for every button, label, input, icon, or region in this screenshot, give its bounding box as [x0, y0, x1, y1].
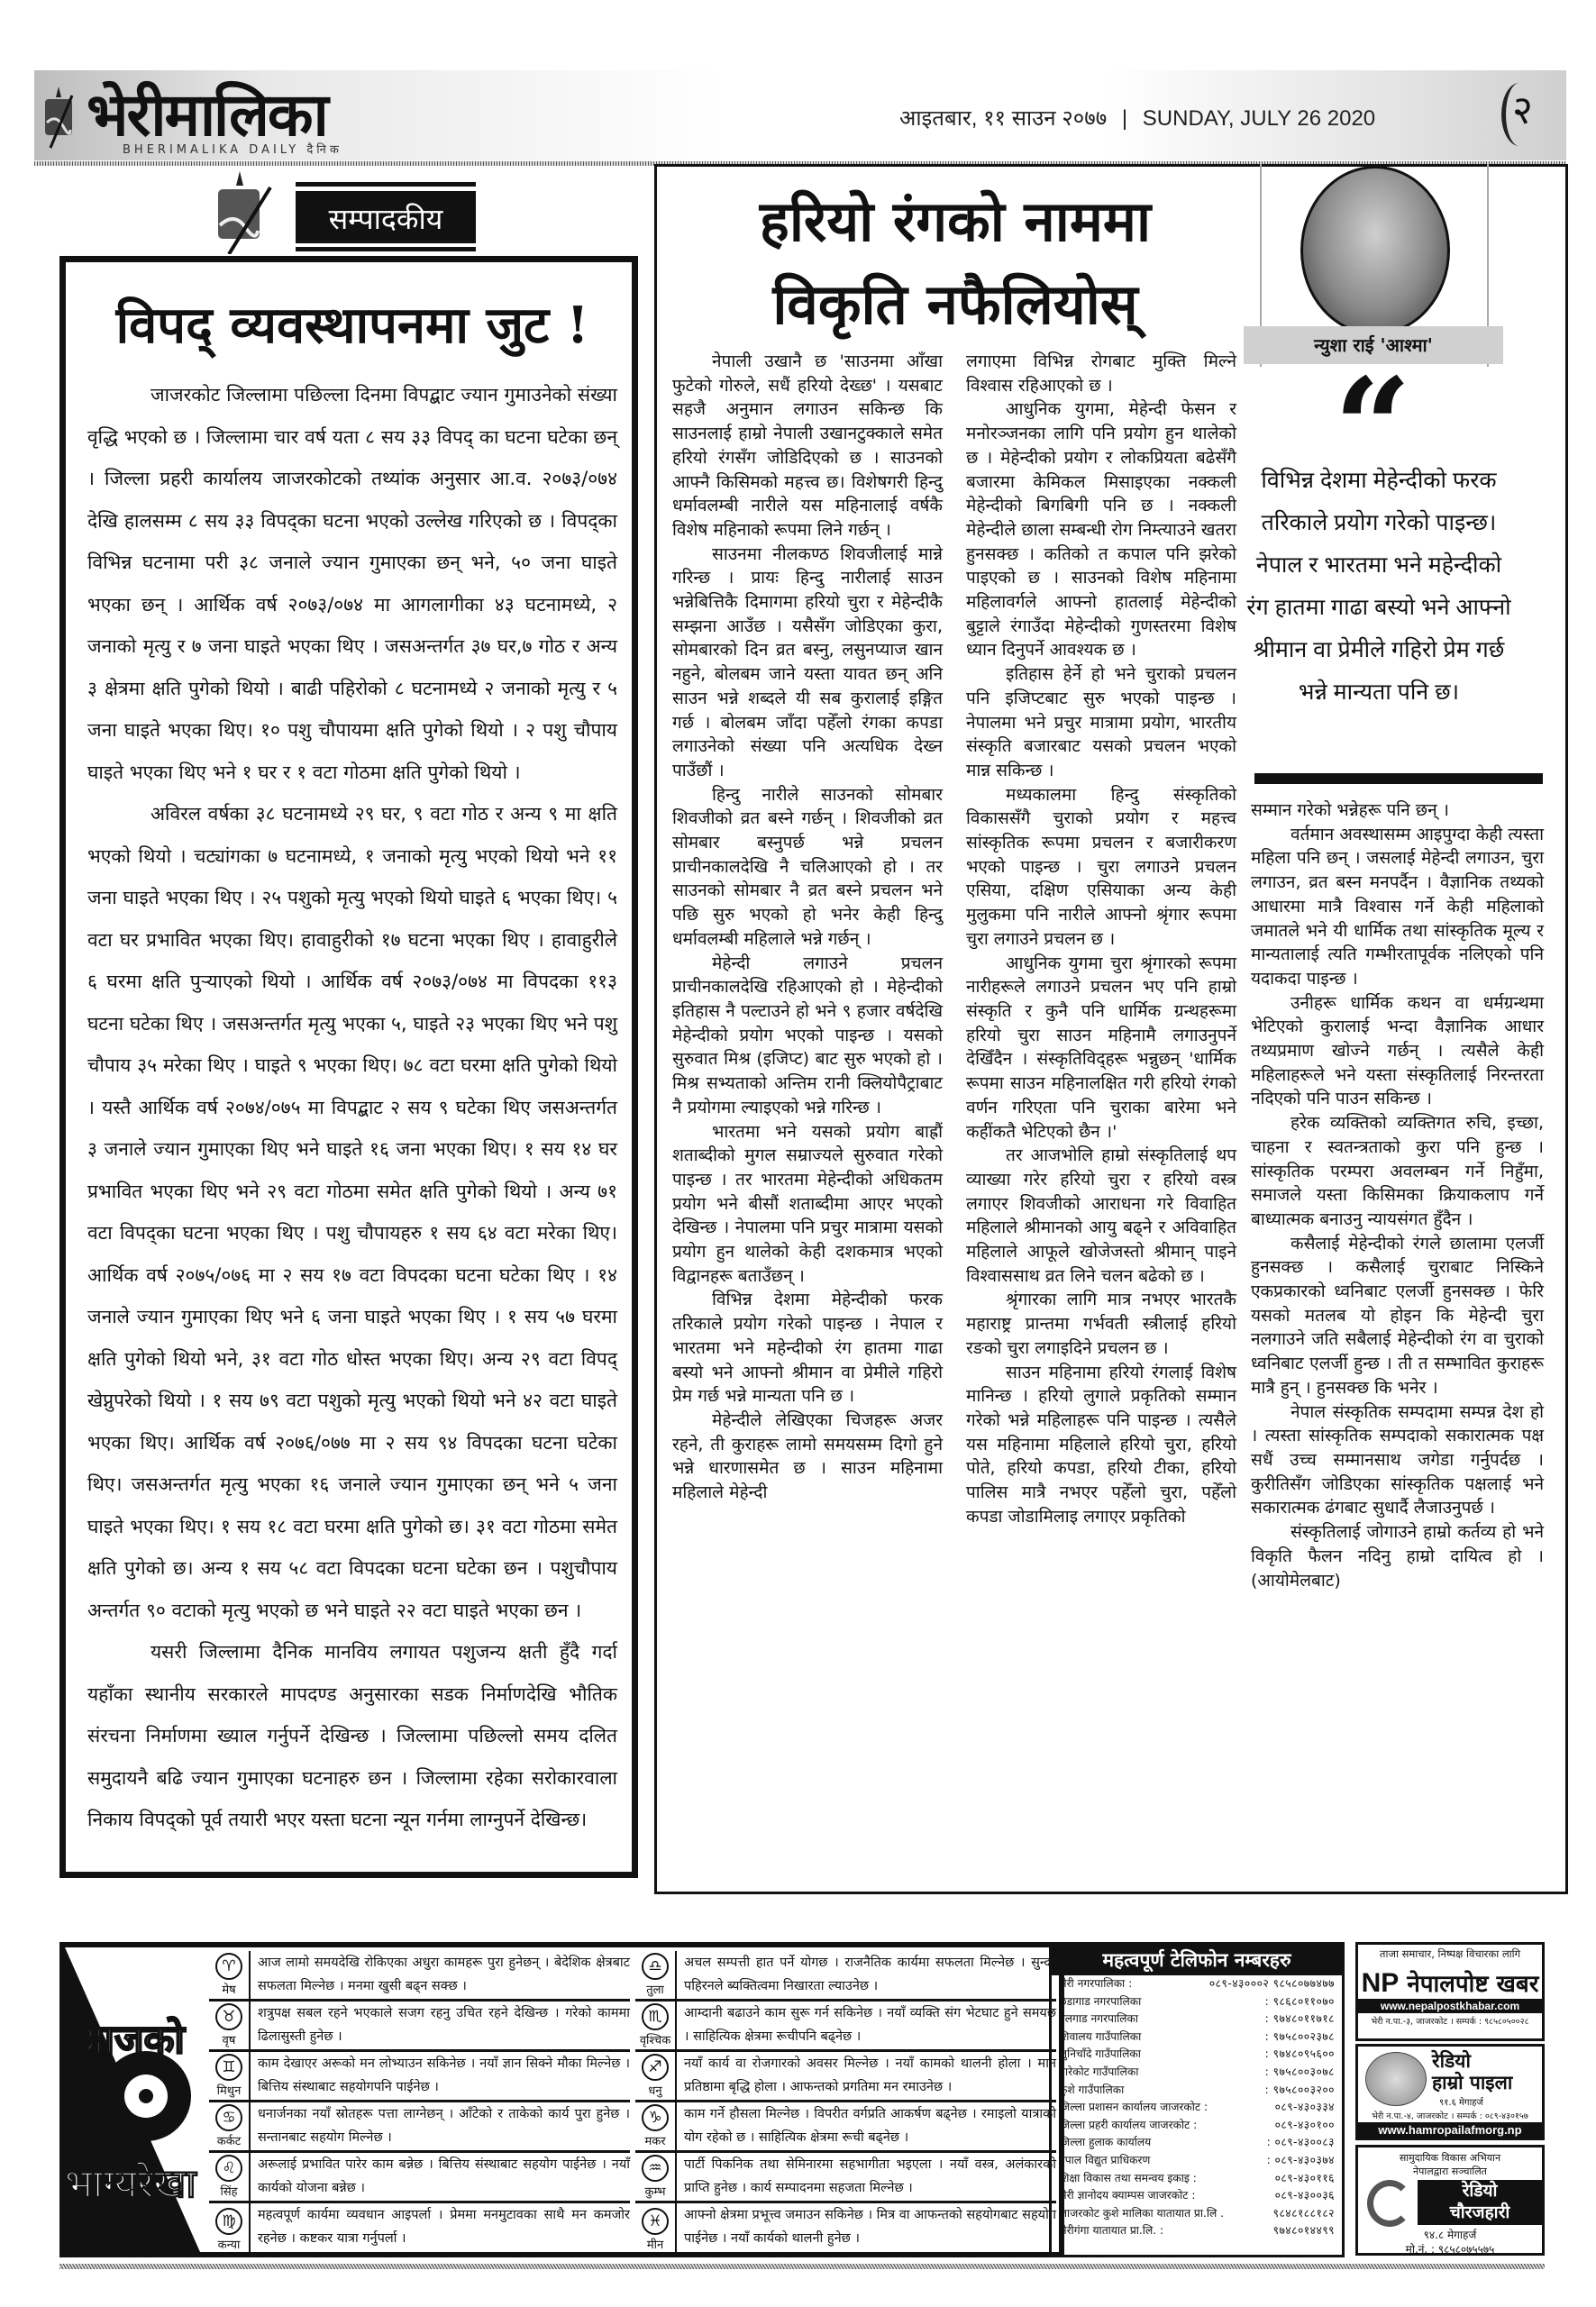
horoscope-item-kanya: ♍कन्या महत्वपूर्ण कार्यमा व्यवधान आइपर्ल… [209, 2203, 630, 2254]
article-body: नेपाली उखानै छ 'साउनमा आँखा फुटेको गोरुल… [672, 350, 1236, 1528]
horoscope-text: काम देखाएर अरूको मन लोभ्याउन सकिनेछ । नय… [251, 2052, 630, 2100]
radio-chaurjahari-ad: सामुदायिक विकास अभियाननेपालद्वारा सञ्चाल… [1355, 2145, 1545, 2256]
horoscope-item-karkat: ♋कर्कट धनार्जनका नयाँ स्रोतहरू पत्ता लाग… [209, 2102, 630, 2153]
article-paragraph: भारतमा भने यसको प्रयोग बाह्रौं शताब्दीको… [672, 1120, 943, 1289]
article-paragraph: साउनमा नीलकण्ठ शिवजीलाई मान्ने गरिन्छ । … [672, 543, 943, 783]
sign-name: वृश्चिक [640, 2031, 670, 2047]
leo-icon: ♌ [215, 2155, 242, 2182]
article-headline: हरियो रंगको नाममा विकृति नफैलियोस् [667, 180, 1244, 346]
radio-map-logo-icon [1365, 2052, 1427, 2106]
horoscope-item-mesh: ♈मेष आज लामो समयदेखि रोकिएका अधुरा कामहर… [209, 1951, 630, 2002]
newspaper-subtitle: BHERIMALIKA DAILY दैनिक [123, 141, 342, 157]
article-paragraph: वर्तमान अवस्थासम्म आइपुग्दा केही त्यस्ता… [1251, 823, 1544, 991]
taurus-icon: ♉ [215, 2003, 242, 2030]
radio-name: रेडियोहाम्रो पाइला [1432, 2050, 1512, 2093]
ad-contact: भेरी न.पा.-३, जाजरकोट । सम्पर्क : ९८५८०५… [1358, 2013, 1542, 2027]
horoscope-item-singha: ♌सिंह अरूलाई प्रभावित पारेर काम बन्नेछ ।… [209, 2153, 630, 2203]
libra-icon: ♎ [642, 1953, 669, 1980]
article-paragraph: उनीहरू धार्मिक कथन वा धर्मग्रन्थमा भेटिए… [1251, 991, 1544, 1112]
nepalpost-khabar-ad: ताजा समाचार, निष्पक्ष विचारका लागि NP ने… [1355, 1942, 1545, 2041]
editorial-label-bar-bottom [296, 247, 476, 251]
article-paragraph: श्रृंगारका लागि मात्र नभएर भारतकै महाराष… [966, 1288, 1236, 1360]
horoscope-text: महत्वपूर्ण कार्यमा व्यवधान आइपर्ला । प्र… [251, 2203, 630, 2254]
phone-row: शिवालय गाउँपालिका: ९७५८००२३७८ [1052, 2029, 1342, 2047]
editorial-section-label: सम्पादकीय [296, 191, 476, 243]
editorial-emblem-icon [207, 171, 272, 254]
horoscope-title-line-2: भाग्यरेखा [65, 2155, 196, 2209]
author-photo [1300, 166, 1450, 335]
date-separator: | [1122, 106, 1127, 131]
gemini-icon: ♊ [215, 2054, 242, 2081]
sign-name: वृष [223, 2031, 236, 2047]
article-paragraph: मध्यकालमा हिन्दु संस्कृतिको विकाससँगै चु… [966, 783, 1236, 952]
aries-icon: ♈ [215, 1953, 242, 1980]
article-paragraph: हिन्दु नारीले साउनको सोमबार शिवजीको व्रत… [672, 783, 943, 952]
article-paragraph: साउन महिनामा हरियो रंगलाई विशेष मानिन्छ … [966, 1361, 1236, 1529]
horoscope-box: आजको भाग्यरेखा ♈मेष आज लामो समयदेखि रोकि… [59, 1942, 1064, 2257]
article-paragraph: मेहेन्दी लगाउने प्रचलन प्राचीनकालदेखि रह… [672, 952, 943, 1120]
phone-row: छेडागाड नगरपालिका: ९८६८०११०७० [1052, 1993, 1342, 2011]
phone-row: भेरी ज्ञानोदय क्याम्पस जाजरकोट :०८९-४३००… [1052, 2187, 1342, 2205]
article-paragraph: लगाएमा विभिन्न रोगबाट मुक्ति मिल्ने विश्… [966, 350, 1236, 397]
horoscope-text: धनार्जनका नयाँ स्रोतहरू पत्ता लाग्नेछन् … [251, 2102, 630, 2150]
editorial-title: विपद् व्यवस्थापनमा जुट ! [87, 289, 617, 358]
chaurjahari-logo-icon [1367, 2180, 1412, 2227]
ad-contact: भेरी न.पा.-४, जाजरकोट । सम्पर्क : ०८९-४३… [1358, 2108, 1542, 2121]
article-column-1: नेपाली उखानै छ 'साउनमा आँखा फुटेको गोरुल… [672, 350, 943, 1528]
article-paragraph: हरेक व्यक्तिको व्यक्तिगत रुचि, इच्छा, चा… [1251, 1111, 1544, 1232]
article-paragraph: नेपाली उखानै छ 'साउनमा आँखा फुटेको गोरुल… [672, 350, 943, 543]
editorial-label-bar-top [296, 182, 476, 187]
phone-row: शिक्षा विकास तथा समन्वय इकाइ :०८९-४३०११६ [1052, 2170, 1342, 2188]
sign-name: मकर [644, 2132, 665, 2148]
ad-tagline: ताजा समाचार, निष्पक्ष विचारका लागि [1358, 1945, 1542, 1961]
aquarius-icon: ♒ [642, 2155, 669, 2182]
article-column-2: लगाएमा विभिन्न रोगबाट मुक्ति मिल्ने विश्… [966, 350, 1236, 1528]
editorial-body: जाजरकोट जिल्लामा पछिल्ला दिनमा विपद्बाट … [87, 374, 617, 1841]
horoscope-item-tula: ♎तुला अचल सम्पत्ती हात पर्ने योगछ । राजन… [635, 1951, 1056, 2002]
pull-quote-divider [1254, 773, 1543, 784]
article-paragraph: आधुनिक युगमा चुरा श्रृंगारको रूपमा नारीह… [966, 952, 1236, 1144]
editorial-paragraph: अविरल वर्षका ३८ घटनामध्ये २९ घर, ९ वटा ग… [87, 793, 617, 1631]
editorial-box: विपद् व्यवस्थापनमा जुट ! जाजरकोट जिल्लाम… [59, 256, 638, 1878]
horoscope-text: अचल सम्पत्ती हात पर्ने योगछ । राजनैतिक क… [677, 1951, 1056, 1999]
phone-row: जुनिचाँदे गाउँपालिका: ९७४८०९५६०० [1052, 2046, 1342, 2064]
radio-hamro-paila-ad: रेडियोहाम्रो पाइला ९१.६ मेगाहर्ज भेरी न.… [1355, 2044, 1545, 2140]
article-paragraph: नेपाल संस्कृतिक सम्पदामा सम्पन्न देश हो … [1251, 1400, 1544, 1521]
pull-quote: विभिन्न देशमा मेहेन्दीको फरक तरिकाले प्र… [1244, 460, 1514, 714]
phone-row: जिल्ला प्रशासन कार्यालय जाजरकोट :०८९-४३०… [1052, 2099, 1342, 2117]
article-paragraph: कसैलाई मेहेन्दीको रंगले छालामा एलर्जी हु… [1251, 1232, 1544, 1400]
sign-name: मीन [647, 2236, 663, 2252]
bherimalika-emblem-icon [40, 87, 78, 150]
horoscope-text: काम गर्ने हौसला मिल्नेछ । विपरीत वर्गप्र… [677, 2102, 1056, 2150]
headline-line-1: हरियो रंगको नाममा [760, 188, 1151, 254]
article-paragraph: सम्मान गरेको भन्नेहरू पनि छन् । [1251, 798, 1544, 823]
radio-frequency: ९१.६ मेगाहर्ज [1439, 2095, 1483, 2108]
horoscope-text: आम्दानी बढाउने काम सुरू गर्न सकिनेछ । नय… [677, 2002, 1056, 2049]
phone-row: नलगाड नगरपालिका: ९७४८०११७१८ [1052, 2011, 1342, 2029]
horoscope-text: पार्टी पिकनिक तथा सेमिनारमा सहभागीता भइए… [677, 2153, 1056, 2201]
virgo-icon: ♍ [215, 2208, 242, 2235]
sagittarius-icon: ♐ [642, 2054, 669, 2081]
page-number: २ [1512, 81, 1533, 135]
bottom-rule [59, 2264, 1545, 2269]
horoscope-item-kumbha: ♒कुम्भ पार्टी पिकनिक तथा सेमिनारमा सहभाग… [635, 2153, 1056, 2203]
sign-name: धनु [648, 2082, 661, 2098]
horoscope-text: शत्रुपक्ष सबल रहने भएकाले सजग रहनु उचित … [251, 2002, 630, 2049]
phone-row: नेपाल विद्युत प्राधिकरण: ०८९-४३०३७४ [1052, 2152, 1342, 2170]
sign-name: कर्कट [217, 2132, 242, 2148]
capricorn-icon: ♑ [642, 2104, 669, 2131]
article-paragraph: विभिन्न देशमा मेहेन्दीको फरक तरिकाले प्र… [672, 1288, 943, 1409]
horoscope-text: आफ्नो क्षेत्रमा प्रभूत्त्व जमाउन सकिनेछ … [677, 2203, 1056, 2254]
scorpio-icon: ♏ [642, 2003, 669, 2030]
radio-name: रेडियोचौरजहारी [1418, 2180, 1542, 2225]
phone-row: भेरीगंगा यातायात प्रा.लि. :९७४८०१४४९९ [1052, 2222, 1342, 2240]
horoscope-item-mithun: ♊मिथुन काम देखाएर अरूको मन लोभ्याउन सकिन… [209, 2052, 630, 2102]
horoscope-text: नयाँ कार्य वा रोजगारको अवसर मिल्नेछ । नय… [677, 2052, 1056, 2100]
horoscope-item-brish: ♉वृष शत्रुपक्ष सबल रहने भएकाले सजग रहनु … [209, 2002, 630, 2052]
sign-name: कन्या [218, 2236, 241, 2252]
date-nepali: आइतबार, ११ साउन २०७७ [899, 106, 1107, 131]
sign-name: कुम्भ [644, 2183, 665, 2199]
dateline: आइतबार, ११ साउन २०७७ | SUNDAY, JULY 26 2… [899, 103, 1375, 132]
nepalpost-logo: NP नेपालपोष्ट खबर [1358, 1966, 1542, 1999]
article-paragraph: तर आजभोलि हाम्रो संस्कृतिलाई थप व्याख्या… [966, 1144, 1236, 1288]
phone-row: जिल्ला प्रहरी कार्यालय जाजरकोट :०८९-४३०१… [1052, 2117, 1342, 2135]
sign-name: तुला [646, 1981, 664, 1997]
pisces-icon: ♓ [642, 2208, 669, 2235]
date-english: SUNDAY, JULY 26 2020 [1143, 106, 1375, 131]
horoscope-text: आज लामो समयदेखि रोकिएका अधुरा कामहरू पुर… [251, 1951, 630, 1999]
headline-line-2: विकृति नफैलियोस् [772, 271, 1137, 337]
horoscope-item-makar: ♑मकर काम गर्ने हौसला मिल्नेछ । विपरीत वर… [635, 2102, 1056, 2153]
ad-tagline: सामुदायिक विकास अभियाननेपालद्वारा सञ्चाल… [1358, 2147, 1542, 2178]
ad-mobile: मो.नं. : ९८५८०७५५७५ [1358, 2241, 1542, 2257]
horoscope-grid: ♈मेष आज लामो समयदेखि रोकिएका अधुरा कामहर… [209, 1951, 1056, 2254]
horoscope-text: अरूलाई प्रभावित पारेर काम बन्नेछ । बित्त… [251, 2153, 630, 2201]
article-column-3: सम्मान गरेको भन्नेहरू पनि छन् । वर्तमान … [1251, 798, 1544, 1592]
phone-row: कुशे गाउँपालिका: ९७५८००३२०० [1052, 2082, 1342, 2100]
hamropaila-url-link[interactable]: www.hamropailafmorg.np [1358, 2122, 1542, 2138]
sign-name: मेष [222, 1981, 235, 1997]
sign-name: सिंह [220, 2183, 237, 2199]
phone-row: जिल्ला हुलाक कार्यालय: ०८९-४३००८३ [1052, 2134, 1342, 2152]
important-phone-numbers: महत्वपूर्ण टेलिफोन नम्बरहरु भेरी नगरपालि… [1049, 1942, 1345, 2257]
editorial-paragraph: जाजरकोट जिल्लामा पछिल्ला दिनमा विपद्बाट … [87, 374, 617, 793]
phone-row: जाजरकोट कुशे मालिका यातायात प्रा.लि .९८४… [1052, 2205, 1342, 2223]
phone-row: भेरी नगरपालिका :०८९-४३०००२ ९८५८०७७४७७ [1052, 1975, 1342, 1993]
article-paragraph: संस्कृतिलाई जोगाउने हाम्रो कर्तव्य हो भन… [1251, 1520, 1544, 1592]
article-paragraph: आधुनिक युगमा, मेहेन्दी फेसन र मनोरञ्जनका… [966, 397, 1236, 662]
article-paragraph: मेहेन्दीले लेखिएका चिजहरू अजर रहने, ती क… [672, 1409, 943, 1505]
zodiac-wheel-icon [101, 2051, 191, 2141]
masthead: भेरीमालिका BHERIMALIKA DAILY दैनिक आइतबा… [34, 70, 1566, 160]
article-paragraph: इतिहास हेर्ने हो भने चुराको प्रचलन पनि इ… [966, 662, 1236, 783]
sign-name: मिथुन [217, 2082, 242, 2098]
horoscope-item-meen: ♓मीन आफ्नो क्षेत्रमा प्रभूत्त्व जमाउन सक… [635, 2203, 1056, 2254]
nepalpost-url-link[interactable]: www.nepalpostkhabar.com [1358, 1999, 1542, 2013]
editorial-paragraph: यसरी जिल्लामा दैनिक मानविय लगायत पशुजन्य… [87, 1631, 617, 1841]
phone-numbers-title: महत्वपूर्ण टेलिफोन नम्बरहरु [1052, 1945, 1342, 1975]
horoscope-item-dhanu: ♐धनु नयाँ कार्य वा रोजगारको अवसर मिल्नेछ… [635, 2052, 1056, 2102]
phone-row: बारेकोट गाउँपालिका: ९७५८००३०७८ [1052, 2064, 1342, 2082]
horoscope-item-brischik: ♏वृश्चिक आम्दानी बढाउने काम सुरू गर्न सक… [635, 2002, 1056, 2052]
radio-frequency: ९४.८ मेगाहर्ज [1358, 2227, 1542, 2242]
cancer-icon: ♋ [215, 2104, 242, 2131]
